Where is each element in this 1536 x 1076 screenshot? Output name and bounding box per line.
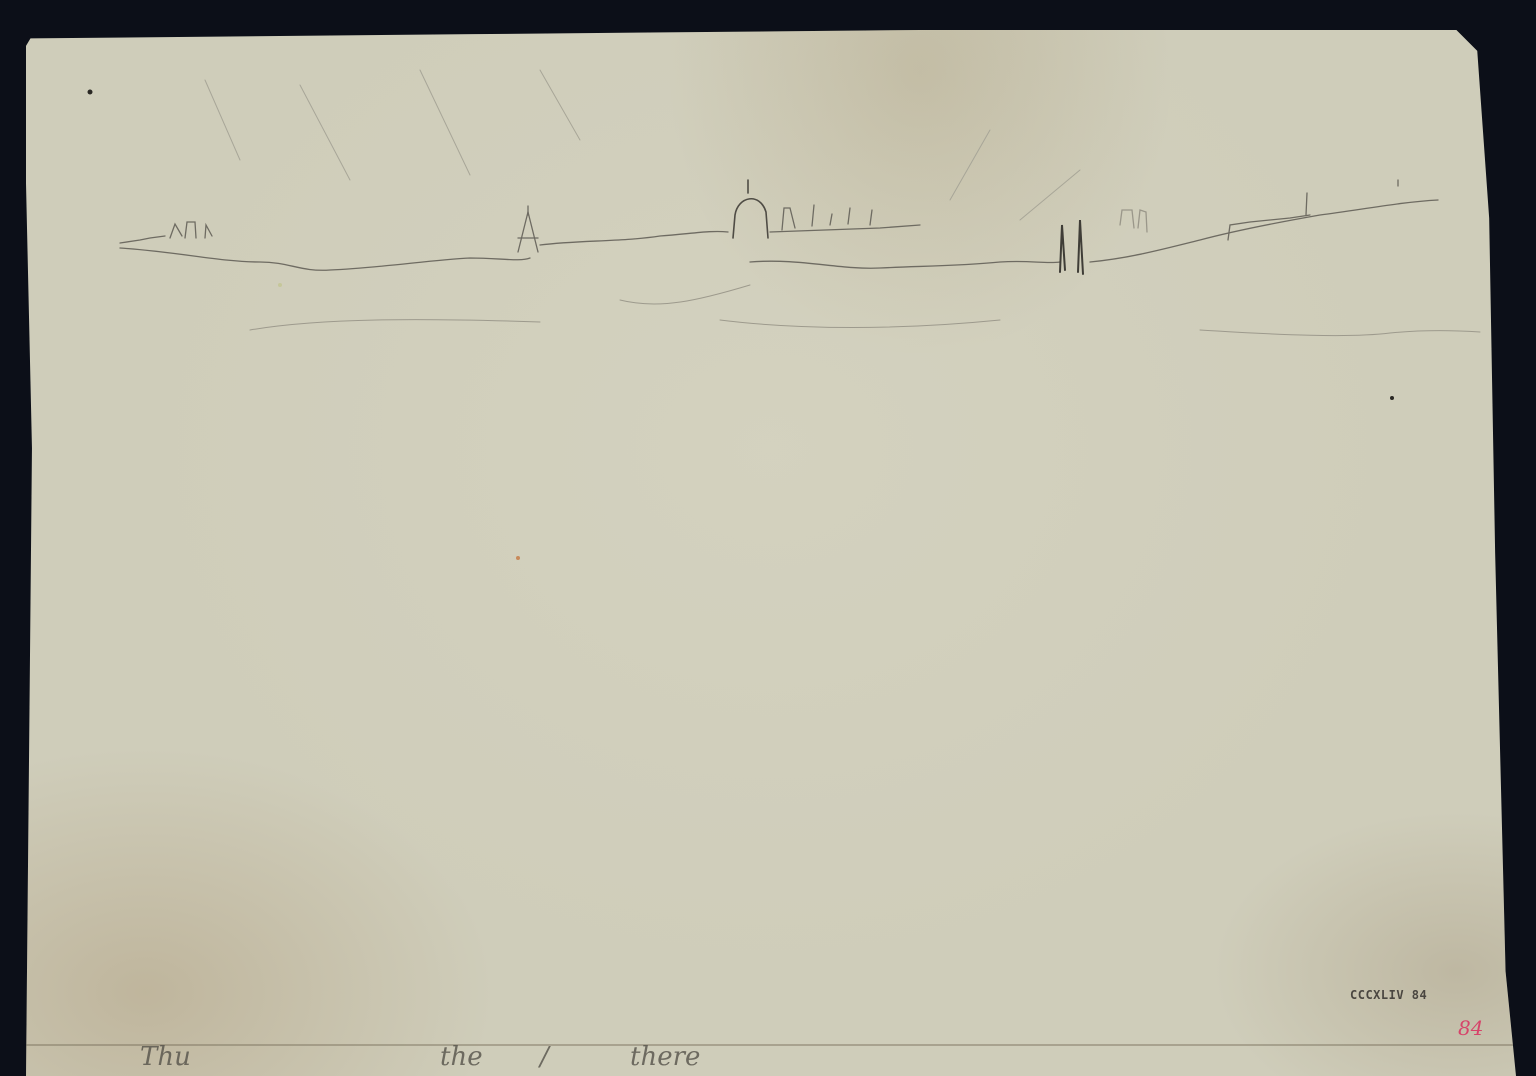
sketch-spire [518,206,538,252]
stain-speck [278,283,282,287]
sketch-dome [733,180,768,238]
sketch-buildings-center [770,205,920,232]
pencil-sketch [0,0,1536,1076]
sketch-horizon-main [750,261,1060,268]
sketch-left-buildings [120,222,212,243]
sketch-ruins [1120,210,1147,232]
handwriting-word: the [440,1042,483,1072]
sketch-horizon-mid [540,231,728,245]
stain-speck [516,556,520,560]
sketch-faint-strokes [205,70,1080,220]
sketch-foreground-lines [250,285,1480,336]
sketch-horizon-right [1090,200,1438,262]
sketch-horizon-left [120,248,530,270]
ink-speck [88,90,93,95]
handwriting-word: / [540,1042,549,1072]
handwriting-word: there [630,1042,700,1072]
inventory-stamp: CCCXLIV 84 [1350,988,1427,1002]
sketch-right-buildings [1228,180,1398,240]
sketch-cypress-trees [1060,220,1083,274]
folio-number: 84 [1458,1016,1483,1040]
ink-speck [1390,396,1394,400]
handwriting-word: Thu [140,1042,191,1072]
